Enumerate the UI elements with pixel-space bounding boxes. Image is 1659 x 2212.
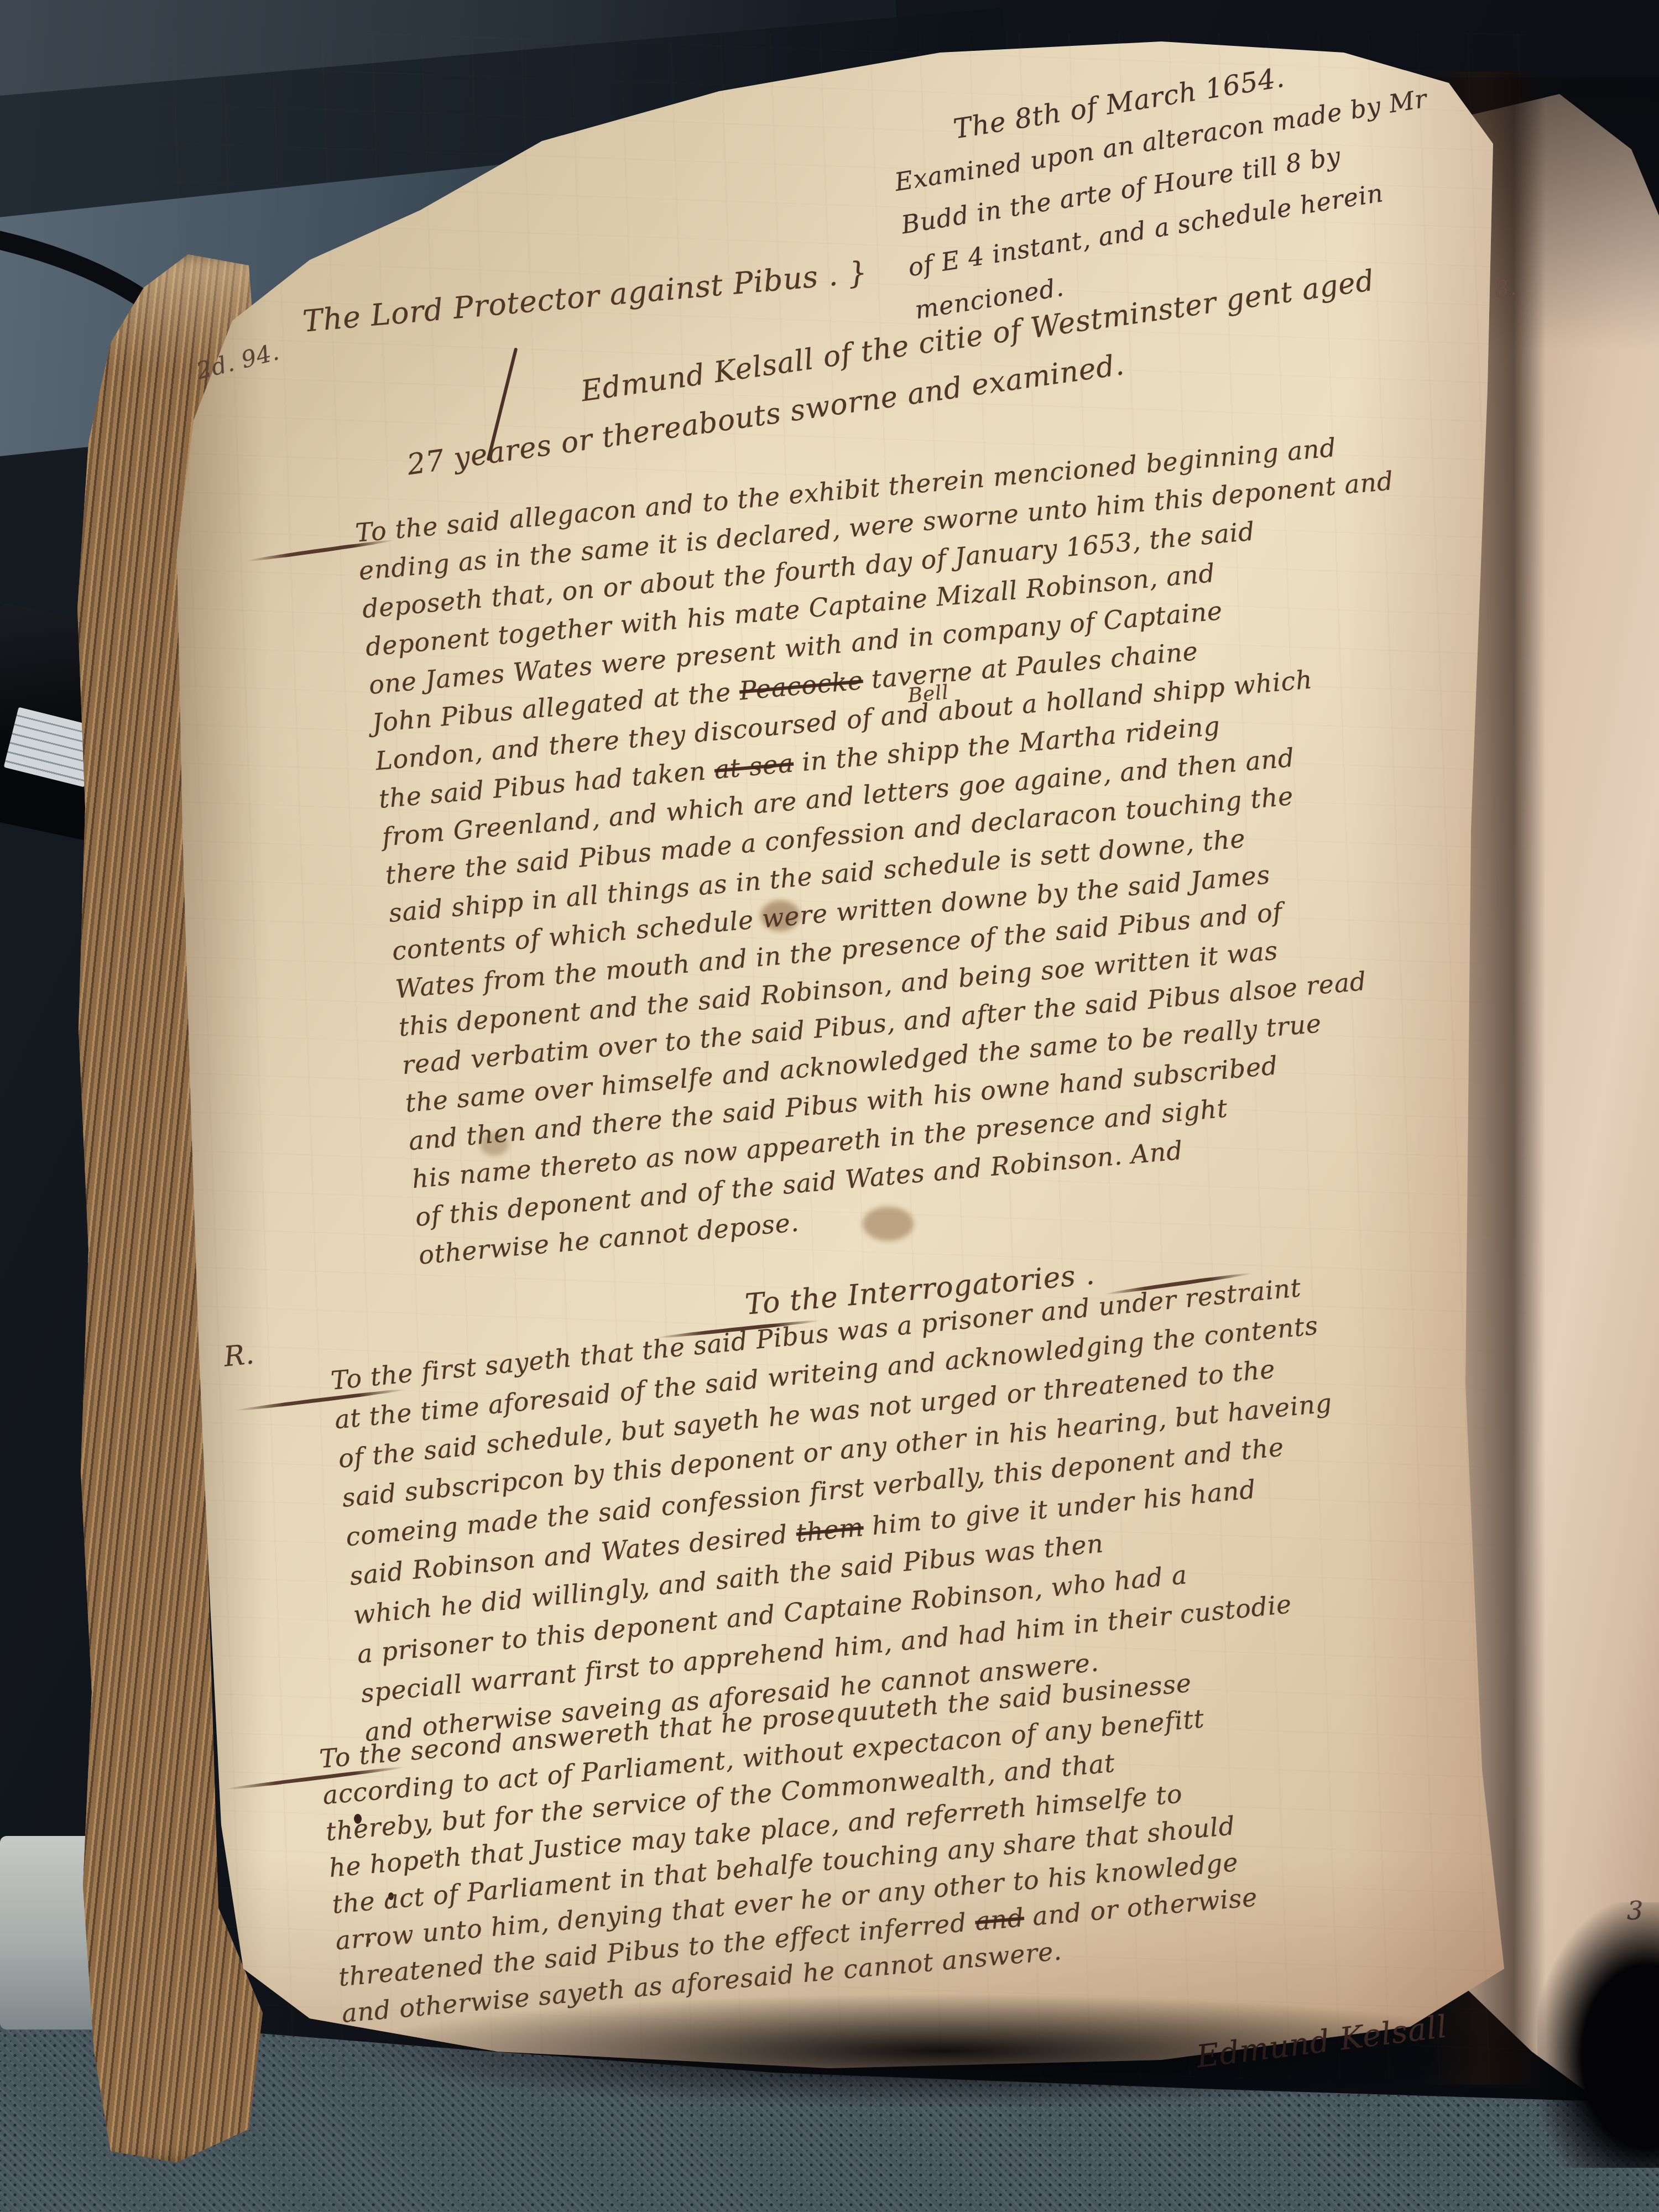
struck-through-word: them	[795, 1512, 865, 1548]
folio-mark-top: 8.	[1493, 274, 1519, 302]
corner-shadow	[1537, 1902, 1659, 2168]
margin-initial: R.	[222, 1338, 256, 1373]
interlined-correction: Bell	[907, 681, 950, 707]
deposition-paragraph: To the said allegacon and to the exhibit…	[354, 424, 1455, 1274]
book-bottom-shadow	[138, 1969, 1659, 2151]
struck-through-word: and	[974, 1902, 1025, 1937]
struck-through-word: at sea	[713, 748, 795, 785]
struck-through-word: Peacocke	[738, 665, 864, 706]
manuscript-photo: The 8th of March 1654.Examined upon an a…	[0, 0, 1659, 2212]
